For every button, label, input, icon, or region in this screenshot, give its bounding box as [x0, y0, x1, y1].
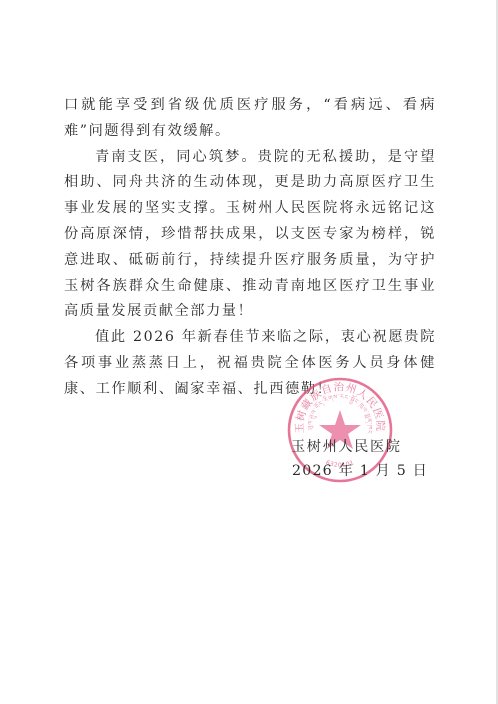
signature-date: 2026 年 1 月 5 日: [292, 459, 428, 483]
letter-body: 口就能享受到省级优质医疗服务，“看病远、看病难”问题得到有效缓解。 青南支医，同…: [64, 93, 436, 403]
paragraph-2: 青南支医，同心筑梦。贵院的无私援助，是守望相助、同舟共济的生动体现，更是助力高原…: [64, 145, 436, 326]
signature-block: 玉树州人民医院 2026 年 1 月 5 日: [291, 435, 428, 483]
paragraph-1: 口就能享受到省级优质医疗服务，“看病远、看病难”问题得到有效缓解。: [64, 93, 436, 145]
signature-organization: 玉树州人民医院: [291, 435, 428, 459]
letter-page: 口就能享受到省级优质医疗服务，“看病远、看病难”问题得到有效缓解。 青南支医，同…: [0, 0, 498, 704]
